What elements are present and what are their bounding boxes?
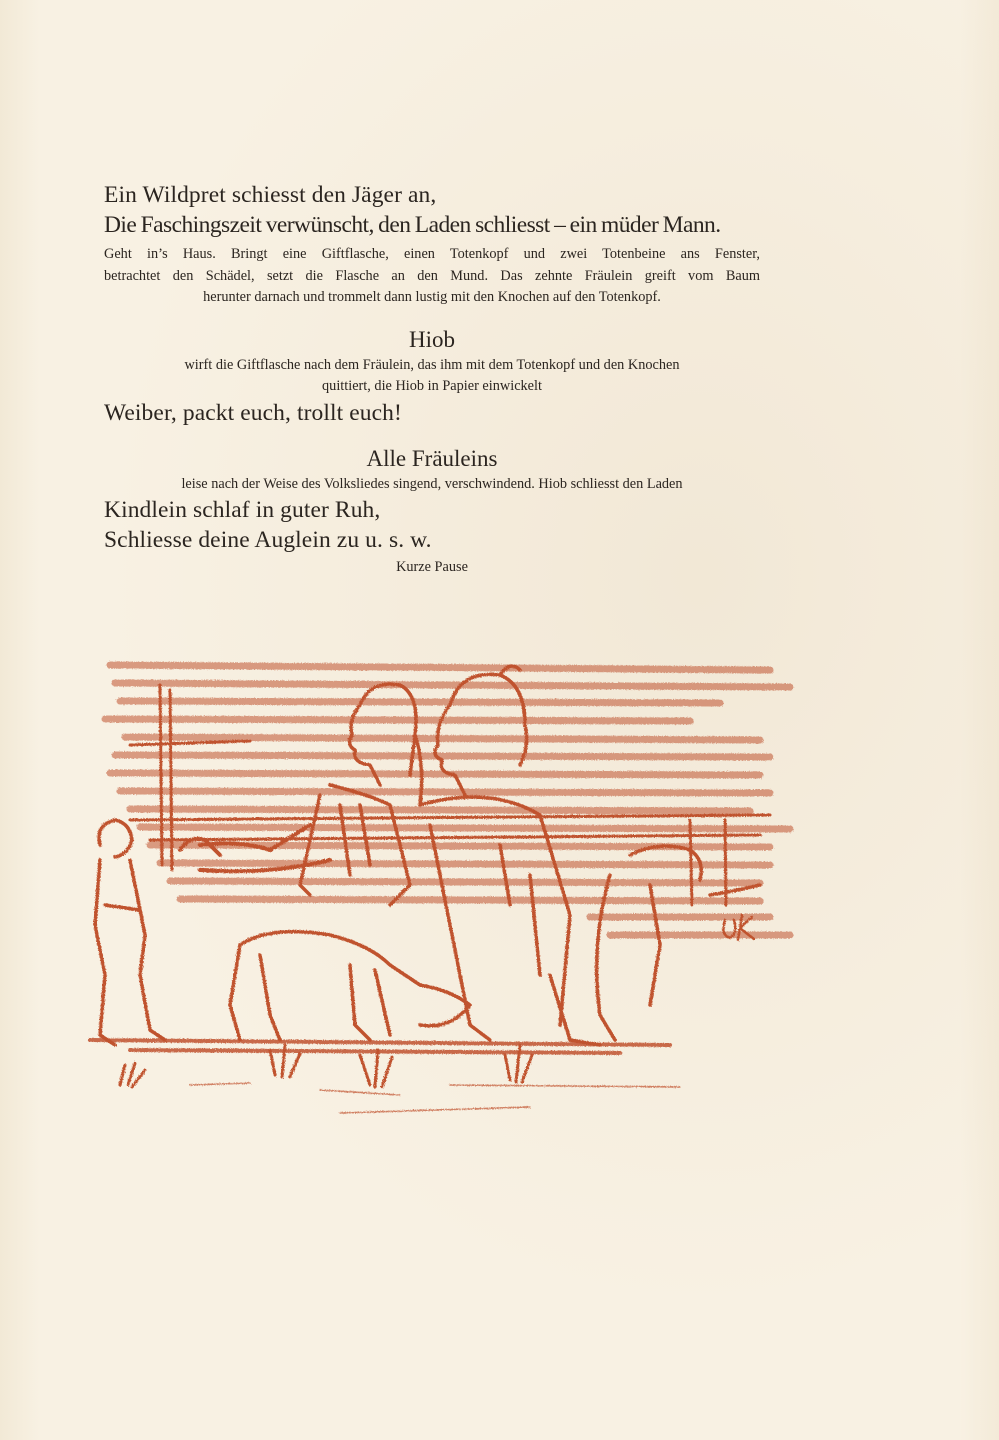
stage-direction-line: wirft die Giftflasche nach dem Fräulein,… — [104, 355, 760, 377]
verse-line: Kindlein schlaf in guter Ruh, — [104, 495, 760, 525]
lithograph-illustration — [70, 645, 810, 1115]
verse-line: Schliesse deine Auglein zu u. s. w. — [104, 525, 760, 555]
speaker-name: Hiob — [104, 325, 760, 355]
stage-direction-line: Geht in’s Haus. Bringt eine Giftflasche,… — [104, 244, 760, 266]
illustration-svg — [70, 645, 810, 1115]
stage-direction-line: leise nach der Weise des Volksliedes sin… — [104, 474, 760, 496]
text-block: Ein Wildpret schiesst den Jäger an, Die … — [104, 180, 760, 579]
verse-line: Weiber, packt euch, trollt euch! — [104, 398, 760, 428]
stage-direction-line: Kurze Pause — [104, 557, 760, 579]
verse-line: Die Faschingszeit verwünscht, den Laden … — [104, 210, 760, 240]
book-page: Ein Wildpret schiesst den Jäger an, Die … — [0, 0, 999, 1440]
speaker-name: Alle Fräuleins — [104, 444, 760, 474]
verse-line: Ein Wildpret schiesst den Jäger an, — [104, 180, 760, 210]
stage-direction-line: herunter darnach und trommelt dann lusti… — [104, 287, 760, 309]
stage-direction-line: quittiert, die Hiob in Papier einwickelt — [104, 376, 760, 398]
stage-direction-line: betrachtet den Schädel, setzt die Flasch… — [104, 266, 760, 288]
